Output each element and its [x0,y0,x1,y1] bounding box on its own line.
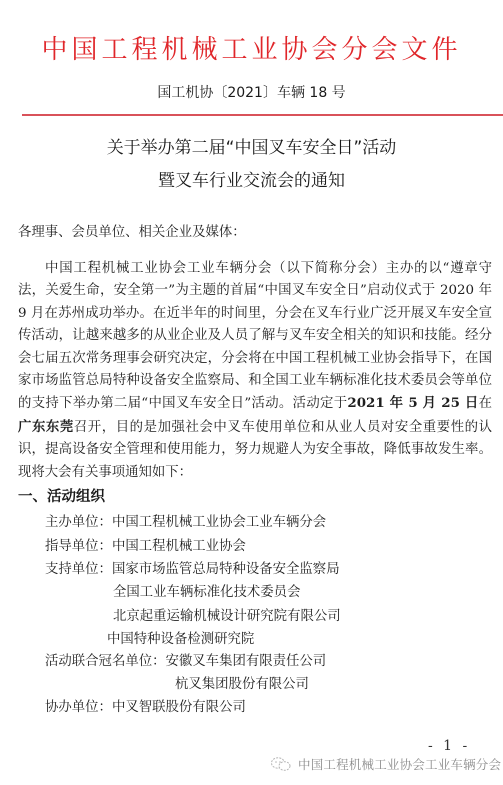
paragraph-text-2: 在 [479,396,492,411]
org-row-support: 支持单位：国家市场监管总局特种设备安全监察局 [45,560,340,580]
notice-title-line-1: 关于举办第二届“中国叉车安全日”活动 [0,137,503,159]
org-row-support-3: 北京起重运输机械设计研究院有限公司 [113,607,341,627]
event-date: 2021 年 5 月 25 日 [347,395,478,411]
org-row-cosponsor: 活动联合冠名单位：安徽叉车集团有限责任公司 [45,652,326,672]
org-label: 指导单位： [45,537,112,557]
org-row-host: 主办单位：中国工程机械工业协会工业车辆分会 [45,513,326,533]
paragraph-text-1: 中国工程机械工业协会工业车辆分会（以下简称分会）主办的以“遵章守法，关爱生命，安… [18,261,492,411]
org-label: 主办单位： [45,513,112,533]
org-row-support-2: 全国工业车辆标准化技术委员会 [113,583,300,603]
org-row-cosponsor-2: 杭叉集团股份有限公司 [175,675,309,695]
org-value: 中叉智联股份有限公司 [112,700,246,715]
org-label: 协办单位： [45,698,112,718]
org-label: 支持单位： [45,560,112,580]
document-page: 中国工程机械工业协会分会文件 国工机协〔2021〕车辆 18 号 关于举办第二届… [0,0,503,785]
org-row-guide: 指导单位：中国工程机械工业协会 [45,537,246,557]
org-value: 中国特种设备检测研究院 [107,632,254,647]
org-document-title: 中国工程机械工业协会分会文件 [0,34,503,66]
org-value: 国家市场监管总局特种设备安全监察局 [112,562,340,577]
org-label: 活动联合冠名单位： [45,652,166,672]
org-row-coorganizer: 协办单位：中叉智联股份有限公司 [45,698,246,718]
event-location: 广东东莞 [18,419,74,435]
org-value: 杭叉集团股份有限公司 [175,677,309,692]
org-value: 全国工业车辆标准化技术委员会 [113,585,300,600]
section-heading-organization: 一、活动组织 [18,486,105,508]
red-divider [22,114,503,116]
watermark-text: 中国工程机械工业协会工业车辆分会 [298,755,501,773]
document-number: 国工机协〔2021〕车辆 18 号 [0,84,503,102]
salutation: 各理事、会员单位、相关企业及媒体： [18,223,246,243]
body-paragraph: 中国工程机械工业协会工业车辆分会（以下简称分会）主办的以“遵章守法，关爱生命，安… [18,258,492,484]
org-value: 北京起重运输机械设计研究院有限公司 [113,609,341,624]
source-watermark: 中国工程机械工业协会工业车辆分会 [270,754,501,774]
page-number: - 1 - [428,738,470,754]
org-value: 中国工程机械工业协会工业车辆分会 [112,515,326,530]
paragraph-text-3: 召开，目的是加强社会中叉车使用单位和从业人员对安全重要性的认识，提高设备安全管理… [18,420,492,480]
org-value: 中国工程机械工业协会 [112,539,246,554]
notice-title-line-2: 暨叉车行业交流会的通知 [0,170,503,192]
org-value: 安徽叉车集团有限责任公司 [166,654,327,669]
org-row-support-4: 中国特种设备检测研究院 [107,630,254,650]
wechat-icon [270,756,292,772]
